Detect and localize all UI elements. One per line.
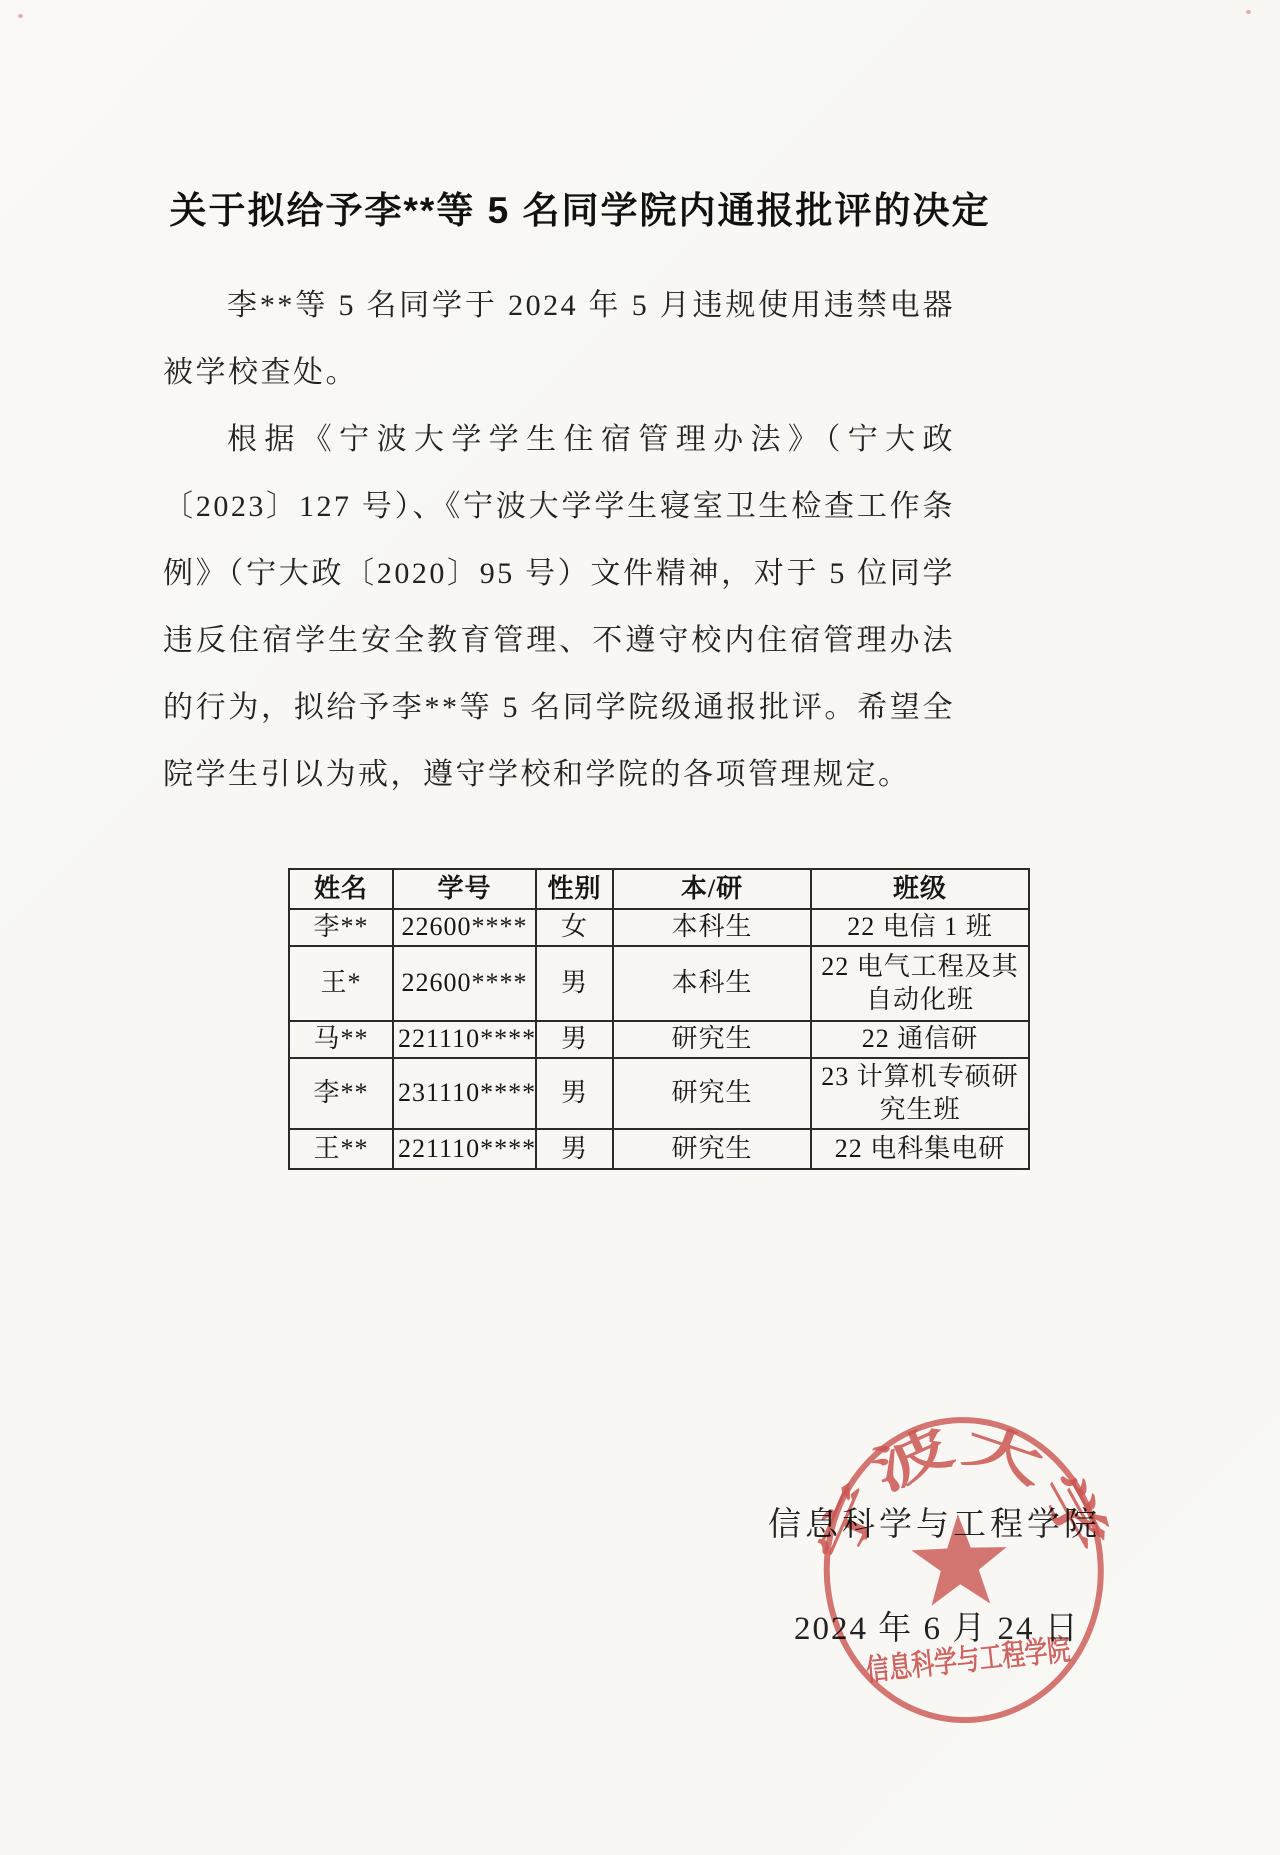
cell-class: 23 计算机专硕研究生班 bbox=[811, 1058, 1029, 1129]
header-name: 姓名 bbox=[289, 869, 393, 909]
seal-ring-text: 宁波大学 bbox=[808, 1411, 1119, 1574]
scanned-document-page: 关于拟给予李**等 5 名同学院内通报批评的决定 李**等 5 名同学于 202… bbox=[0, 0, 1280, 1855]
cell-class: 22 电气工程及其自动化班 bbox=[811, 946, 1029, 1021]
header-class: 班级 bbox=[811, 869, 1029, 909]
official-seal-stamp: 宁波大学 信息科学与工程学院 bbox=[808, 1407, 1123, 1747]
student-roster-table: 姓名 学号 性别 本/研 班级 李** 22600**** 女 本科生 22 电… bbox=[288, 868, 1030, 1170]
cell-class: 22 通信研 bbox=[811, 1021, 1029, 1058]
cell-name: 马** bbox=[289, 1021, 393, 1058]
header-sex: 性别 bbox=[536, 869, 613, 909]
table-row: 马** 221110**** 男 研究生 22 通信研 bbox=[289, 1021, 1029, 1058]
cell-sex: 男 bbox=[536, 1021, 613, 1058]
cell-name: 李** bbox=[289, 909, 393, 946]
signature-date: 2024 年 6 月 24 日 bbox=[794, 1602, 1080, 1649]
document-body: 李**等 5 名同学于 2024 年 5 月违规使用违禁电器被学校查处。 根据《… bbox=[163, 272, 955, 808]
cell-id: 22600**** bbox=[393, 909, 536, 946]
cell-type: 本科生 bbox=[613, 946, 811, 1021]
cell-sex: 女 bbox=[536, 909, 613, 946]
header-type: 本/研 bbox=[613, 869, 811, 909]
table-row: 李** 22600**** 女 本科生 22 电信 1 班 bbox=[289, 909, 1029, 946]
cell-id: 231110**** bbox=[393, 1058, 536, 1129]
cell-class: 22 电信 1 班 bbox=[811, 909, 1029, 946]
paragraph-2: 根据《宁波大学学生住宿管理办法》（宁大政〔2023〕127 号）、《宁波大学学生… bbox=[163, 406, 955, 808]
cell-type: 研究生 bbox=[613, 1129, 811, 1169]
signature-organization: 信息科学与工程学院 bbox=[768, 1498, 1101, 1545]
header-id: 学号 bbox=[393, 869, 536, 909]
cell-class: 22 电科集电研 bbox=[811, 1129, 1029, 1169]
cell-sex: 男 bbox=[536, 1129, 613, 1169]
cell-name: 王* bbox=[289, 946, 393, 1021]
cell-sex: 男 bbox=[536, 946, 613, 1021]
cell-sex: 男 bbox=[536, 1058, 613, 1129]
table-header-row: 姓名 学号 性别 本/研 班级 bbox=[289, 869, 1029, 909]
paragraph-1: 李**等 5 名同学于 2024 年 5 月违规使用违禁电器被学校查处。 bbox=[163, 272, 955, 406]
cell-type: 研究生 bbox=[613, 1021, 811, 1058]
cell-type: 本科生 bbox=[613, 909, 811, 946]
scan-artifact bbox=[18, 14, 23, 18]
cell-id: 221110**** bbox=[393, 1129, 536, 1169]
cell-type: 研究生 bbox=[613, 1058, 811, 1129]
cell-name: 李** bbox=[289, 1058, 393, 1129]
table-row: 王* 22600**** 男 本科生 22 电气工程及其自动化班 bbox=[289, 946, 1029, 1021]
table-row: 李** 231110**** 男 研究生 23 计算机专硕研究生班 bbox=[289, 1058, 1029, 1129]
cell-id: 22600**** bbox=[393, 946, 536, 1021]
seal-ring bbox=[822, 1415, 1106, 1724]
scan-artifact bbox=[1246, 10, 1251, 14]
table-row: 王** 221110**** 男 研究生 22 电科集电研 bbox=[289, 1129, 1029, 1169]
cell-id: 221110**** bbox=[393, 1021, 536, 1058]
cell-name: 王** bbox=[289, 1129, 393, 1169]
document-title: 关于拟给予李**等 5 名同学院内通报批评的决定 bbox=[150, 180, 1010, 234]
